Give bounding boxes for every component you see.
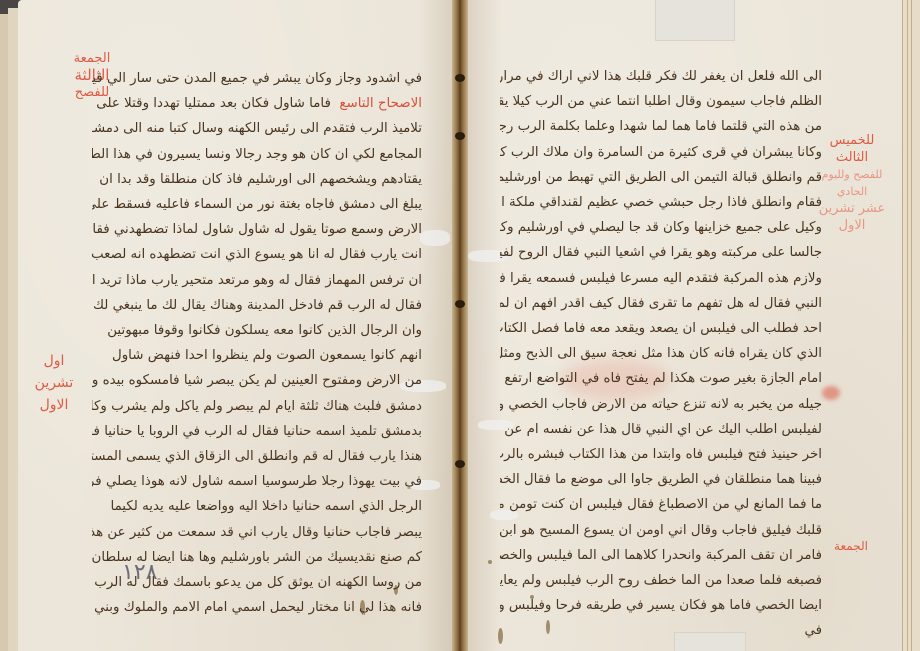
left-page-text: في اشدود وجاز وكان يبشر في جميع المدن حت… [92,66,422,620]
text-line: الرجل الذي اسمه حنانيا داخلا اليه وواضعا… [92,494,422,519]
text-line: ايضا الخصي فاما هو فكان يسير في طريقه فر… [500,593,822,618]
ink-drop [488,560,492,564]
text-line: يبصر فاجاب حنانيا وقال يارب اني قد سمعت … [92,520,422,545]
binding-stitch-hole [455,460,465,468]
text-line: وكانا يبشران في قرى كثيرة من السامرة وان… [500,140,822,165]
chapter-heading-rubric: الاصحاح التاسع [339,96,422,111]
text-line: الذي كان يقراه فانه كان هذا مثل نعجة سيق… [500,341,822,366]
binding-stitch-hole [455,300,465,308]
open-manuscript: الجمعة الثالثة للفصح اول تشرين الاول في … [0,0,920,651]
margin-note-line: الجمعة [62,50,122,67]
text-line: من هذه التي قلتما فاما هما لما شهدا وعلم… [500,114,822,139]
binding-stitch-hole [455,132,465,140]
text-line: المجامع لكي ان كان هو وجد رجالا ونسا يسي… [92,142,422,167]
text-line: يقتادهم ويشخصهم الى اورشليم فاذ كان منطل… [92,167,422,192]
text-line: فبينا هما منطلقان في الطريق جاوا الى موض… [500,467,822,492]
text-line: ما فما المانع لي من الاصطباغ فقال فيلبس … [500,492,822,517]
red-ink-blot [822,386,840,400]
text-line: دمشق فلبث هناك ثلثة ايام لم يبصر ولم ياك… [92,394,422,419]
text-line: ولازم هذه المركبة فتقدم اليه مسرعا فيلبس… [500,266,822,291]
stain-splash [420,230,450,246]
margin-note-line: الاول [24,394,84,416]
page-edge-right-outer [911,0,920,651]
right-page-text: الى الله فلعل ان يغفر لك فكر قلبك هذا لا… [500,64,822,644]
right-margin-bottom-note: الجمعة [826,538,876,555]
text-line: الى الله فلعل ان يغفر لك فكر قلبك هذا لا… [500,64,822,89]
text-line: احد فطلب الى فيلبس ان يصعد ويقعد معه فام… [500,316,822,341]
text-line: انهم كانوا يسمعون الصوت ولم ينظروا احدا … [92,343,422,368]
text-line: فصبغه فلما صعدا من الما خطف روح الرب فيل… [500,568,822,593]
text-line: من الارض ومفتوح العينين لم يكن يبصر شيا … [92,368,422,393]
text-line: جيله من يخبر به لانه تنزع حياته من الارض… [500,392,822,417]
text-line: هنذا يارب فقال له قم وانطلق الى الزقاق ا… [92,444,422,469]
text-line: قلبك فيليق فاجاب وقال اني اومن ان يسوع ا… [500,518,822,543]
text-line: وكيل على جميع خزاينها وكان قد جا ليصلي ف… [500,215,822,240]
text-line: قم وانطلق قبالة التيمن الى الطريق التي ت… [500,165,822,190]
text-line: تلاميذ الرب فتقدم الى رئيس الكهنه وسال ك… [92,116,422,141]
text-line: لفيلبس اطلب اليك عن اي النبي قال هذا عن … [500,417,822,442]
binding-stitch-hole [455,74,465,82]
text-line: فقال له الرب قم فادخل المدينة وهناك يقال… [92,293,422,318]
text-line: فانه هذا لي انا مختار ليحمل اسمي امام ال… [92,595,422,620]
margin-note-line: الجمعة [826,538,876,555]
text-line: الاصحاح التاسع فاما شاول فكان بعد ممتليا… [92,91,422,116]
left-margin-date-note: اول تشرين الاول [24,350,84,416]
text-line: فامر ان تقف المركبة وانحدرا كلاهما الى ا… [500,543,822,568]
text-line: امام الجازة بغير صوت هكذا لم يفتح فاه في… [500,366,822,391]
text-line: ان ترفس المهماز فقال له وهو مرتعد متحير … [92,268,422,293]
text-line: بدمشق تلميذ اسمه حنانيا فقال له الرب في … [92,419,422,444]
book-spine-gutter [452,0,468,651]
text-line: فقام وانطلق فاذا رجل حبشي خصي عظيم لقندا… [500,190,822,215]
margin-note-line: الاول [812,217,892,234]
margin-note-line: عشر تشرين [812,200,892,217]
text-line: اخر حينيذ فتح فيلبس فاه وابتدا من هذا ال… [500,442,822,467]
text-line: يبلغ الى دمشق فاجاه بغتة نور من السماء ف… [92,192,422,217]
text-line: في بيت يهوذا رجلا طرسوسيا اسمه شاول لانه… [92,469,422,494]
text-line: وان الرجال الذين كانوا معه يسلكون فكانوا… [92,318,422,343]
text-line-body: فاما شاول فكان بعد ممتليا تهددا وقتلا عل… [96,96,331,111]
folio-number: ١٢٨ [122,560,157,585]
right-margin-rubric-note: للخميس الثالث للفصح ولليوم الحادي عشر تش… [812,132,892,234]
margin-note-line: للفصح ولليوم الحادي [812,166,892,200]
margin-note-line: للخميس الثالث [812,132,892,166]
margin-note-line: اول تشرين [24,350,84,394]
text-line: في [500,618,822,643]
text-line: النبي فقال له هل تفهم ما تقرى فقال كيف ا… [500,291,822,316]
text-line: جالسا على مركبته وهو يقرا في اشعيا النبي… [500,240,822,265]
text-line: الارض وسمع صوتا يقول له شاول شاول لماذا … [92,217,422,242]
conservation-paper-tab-top [655,0,735,41]
text-line: انت يارب فقال له انا هو يسوع الذي انت تض… [92,242,422,267]
text-line: في اشدود وجاز وكان يبشر في جميع المدن حت… [92,66,422,91]
text-line: الظلم فاجاب سيمون وقال اطلبا انتما عني م… [500,89,822,114]
